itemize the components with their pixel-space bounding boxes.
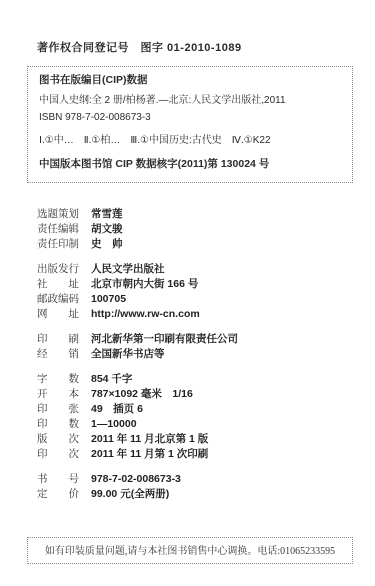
info-row-label: 印 次 xyxy=(37,447,83,462)
info-row-value: 北京市朝内大街 166 号 xyxy=(91,277,198,292)
info-row-label: 版 次 xyxy=(37,432,83,447)
info-row-label: 网 址 xyxy=(37,307,83,322)
info-row-value: 100705 xyxy=(91,292,126,307)
cip-description-line: 中国人史纲:全 2 册/柏杨著.—北京:人民文学出版社,2011 xyxy=(39,92,341,109)
info-row-value: 854 千字 xyxy=(91,372,132,387)
info-row-value: 2011 年 11 月北京第 1 版 xyxy=(91,432,208,447)
info-row: 开 本 787×1092 毫米 1/16 xyxy=(37,387,359,402)
info-row-label: 社 址 xyxy=(37,277,83,292)
info-row-label: 印 刷 xyxy=(37,332,83,347)
info-row-value: 史 帅 xyxy=(91,237,123,252)
info-row-label: 印 张 xyxy=(37,402,83,417)
info-row-value: 人民文学出版社 xyxy=(91,262,165,277)
info-row: 出版发行 人民文学出版社 xyxy=(37,262,359,277)
info-row: 印 张 49 插页 6 xyxy=(37,402,359,417)
specs-group: 字 数 854 千字 开 本 787×1092 毫米 1/16 印 张 49 插… xyxy=(37,372,359,462)
cip-classification-line: Ⅰ.①中… Ⅱ.①柏… Ⅲ.①中国历史:古代史 Ⅳ.①K22 xyxy=(39,132,341,149)
cip-isbn-line: ISBN 978-7-02-008673-3 xyxy=(39,109,341,126)
info-row: 邮政编码 100705 xyxy=(37,292,359,307)
info-row-label: 出版发行 xyxy=(37,262,83,277)
info-row-value: 全国新华书店等 xyxy=(91,347,165,362)
info-row: 书 号 978-7-02-008673-3 xyxy=(37,472,359,487)
info-row: 社 址 北京市朝内大街 166 号 xyxy=(37,277,359,292)
info-row-label: 定 价 xyxy=(37,487,83,502)
info-row: 定 价 99.00 元(全两册) xyxy=(37,487,359,502)
info-row-value: 978-7-02-008673-3 xyxy=(91,472,181,487)
info-row: 网 址 http://www.rw-cn.com xyxy=(37,307,359,322)
info-row-label: 责任印制 xyxy=(37,237,83,252)
info-row: 选题策划 常雪莲 xyxy=(37,207,359,222)
info-row: 印 次 2011 年 11 月第 1 次印刷 xyxy=(37,447,359,462)
info-row-label: 开 本 xyxy=(37,387,83,402)
info-row-label: 邮政编码 xyxy=(37,292,83,307)
info-row: 字 数 854 千字 xyxy=(37,372,359,387)
staff-group: 选题策划 常雪莲 责任编辑 胡文骏 责任印制 史 帅 xyxy=(37,207,359,252)
publisher-group: 出版发行 人民文学出版社 社 址 北京市朝内大街 166 号 邮政编码 1007… xyxy=(37,262,359,322)
footer-notice-text: 如有印装质量问题,请与本社图书销售中心调换。电话:01065233595 xyxy=(45,546,335,557)
cip-record-line: 中国版本图书馆 CIP 数据核字(2011)第 130024 号 xyxy=(39,156,341,173)
info-row-label: 书 号 xyxy=(37,472,83,487)
info-row-label: 字 数 xyxy=(37,372,83,387)
info-row: 印 数 1—10000 xyxy=(37,417,359,432)
printing-distribution-group: 印 刷 河北新华第一印刷有限责任公司 经 销 全国新华书店等 xyxy=(37,332,359,362)
info-row: 经 销 全国新华书店等 xyxy=(37,347,359,362)
info-row-value: 99.00 元(全两册) xyxy=(91,487,169,502)
info-row-value: 常雪莲 xyxy=(91,207,123,222)
info-row-value: 河北新华第一印刷有限责任公司 xyxy=(91,332,238,347)
copyright-page: 著作权合同登记号 图字 01-2010-1089 图书在版编目(CIP)数据 中… xyxy=(0,0,375,586)
info-row: 印 刷 河北新华第一印刷有限责任公司 xyxy=(37,332,359,347)
cip-title: 图书在版编目(CIP)数据 xyxy=(39,74,341,87)
info-row-value: 1—10000 xyxy=(91,417,137,432)
info-row: 责任印制 史 帅 xyxy=(37,237,359,252)
info-row-label: 印 数 xyxy=(37,417,83,432)
info-row: 责任编辑 胡文骏 xyxy=(37,222,359,237)
cip-box: 图书在版编目(CIP)数据 中国人史纲:全 2 册/柏杨著.—北京:人民文学出版… xyxy=(27,66,353,183)
info-row-label: 选题策划 xyxy=(37,207,83,222)
footer-notice-box: 如有印装质量问题,请与本社图书销售中心调换。电话:01065233595 xyxy=(27,537,353,564)
info-row-value: 2011 年 11 月第 1 次印刷 xyxy=(91,447,208,462)
isbn-price-group: 书 号 978-7-02-008673-3 定 价 99.00 元(全两册) xyxy=(37,472,359,502)
info-row-value: 胡文骏 xyxy=(91,222,123,237)
publication-info: 选题策划 常雪莲 责任编辑 胡文骏 责任印制 史 帅 出版发行 人民文学出版社 … xyxy=(37,207,359,512)
info-row-value website-url: http://www.rw-cn.com xyxy=(91,307,200,322)
info-row-value: 49 插页 6 xyxy=(91,402,143,417)
info-row-value: 787×1092 毫米 1/16 xyxy=(91,387,193,402)
info-row: 版 次 2011 年 11 月北京第 1 版 xyxy=(37,432,359,447)
info-row-label: 责任编辑 xyxy=(37,222,83,237)
registration-line: 著作权合同登记号 图字 01-2010-1089 xyxy=(37,39,242,55)
info-row-label: 经 销 xyxy=(37,347,83,362)
